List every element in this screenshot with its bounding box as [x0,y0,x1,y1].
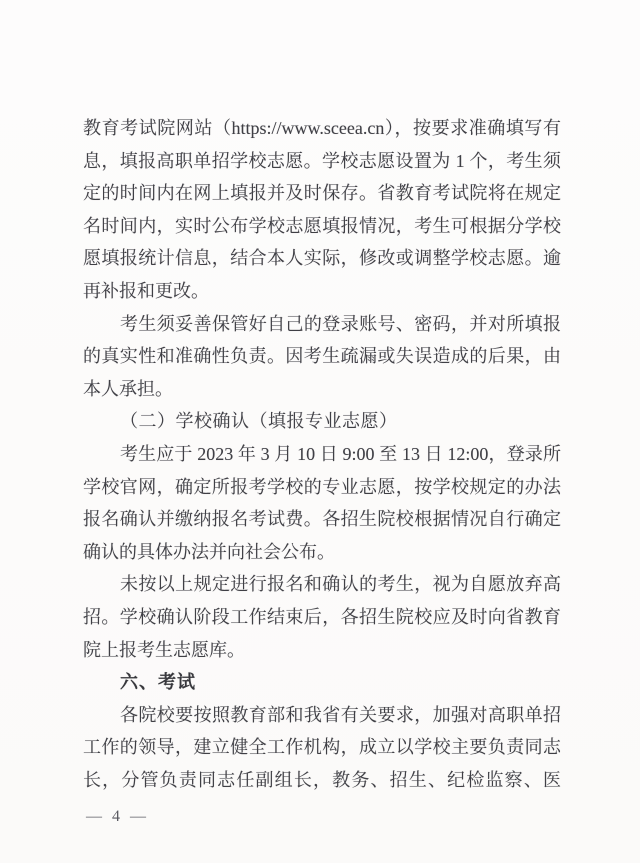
body-line-6: 再补报和更改。 [83,275,561,308]
body-line-9: 本人承担。 [83,373,561,406]
body-line-14: 确认的具体办法并向社会公布。 [83,536,561,569]
section-heading-exam: 六、考试 [83,666,561,699]
body-line-11: 考生应于 2023 年 3 月 10 日 9:00 至 13 日 12:00，登… [83,438,561,471]
body-line-2: 息，填报高职单招学校志愿。学校志愿设置为 1 个，考生须在规 [83,145,561,178]
body-line-13: 报名确认并缴纳报名考试费。各招生院校根据情况自行确定报名 [83,503,561,536]
subsection-heading-school-confirmation: （二）学校确认（填报专业志愿） [83,405,561,438]
body-line-3: 定的时间内在网上填报并及时保存。省教育考试院将在规定的报 [83,177,561,210]
body-line-12: 学校官网，确定所报考学校的专业志愿，按学校规定的办法进行 [83,471,561,504]
body-line-17: 院上报考生志愿库。 [83,634,561,667]
body-line-5: 愿填报统计信息，结合本人实际，修改或调整学校志愿。逾期不 [83,242,561,275]
body-line-16: 招。学校确认阶段工作结束后，各招生院校应及时向省教育考试 [83,601,561,634]
body-line-8: 的真实性和准确性负责。因考生疏漏或失误造成的后果，由考生 [83,340,561,373]
body-line-21: 长，分管负责同志任副组长，教务、招生、纪检监察、医务、安 [83,764,561,797]
body-line-4: 名时间内，实时公布学校志愿填报情况，考生可根据分学校的志 [83,210,561,243]
body-line-20: 工作的领导，建立健全工作机构，成立以学校主要负责同志任组 [83,731,561,764]
body-line-19: 各院校要按照教育部和我省有关要求，加强对高职单招考试 [83,699,561,732]
document-text-block: 教育考试院网站（https://www.sceea.cn），按要求准确填写有关信… [83,112,561,796]
body-line-1: 教育考试院网站（https://www.sceea.cn），按要求准确填写有关信 [83,112,561,145]
page-number: — 4 — [86,803,149,831]
body-line-7: 考生须妥善保管好自己的登录账号、密码，并对所填报志愿 [83,308,561,341]
document-page: 教育考试院网站（https://www.sceea.cn），按要求准确填写有关信… [0,0,640,863]
body-line-15: 未按以上规定进行报名和确认的考生，视为自愿放弃高职单 [83,568,561,601]
